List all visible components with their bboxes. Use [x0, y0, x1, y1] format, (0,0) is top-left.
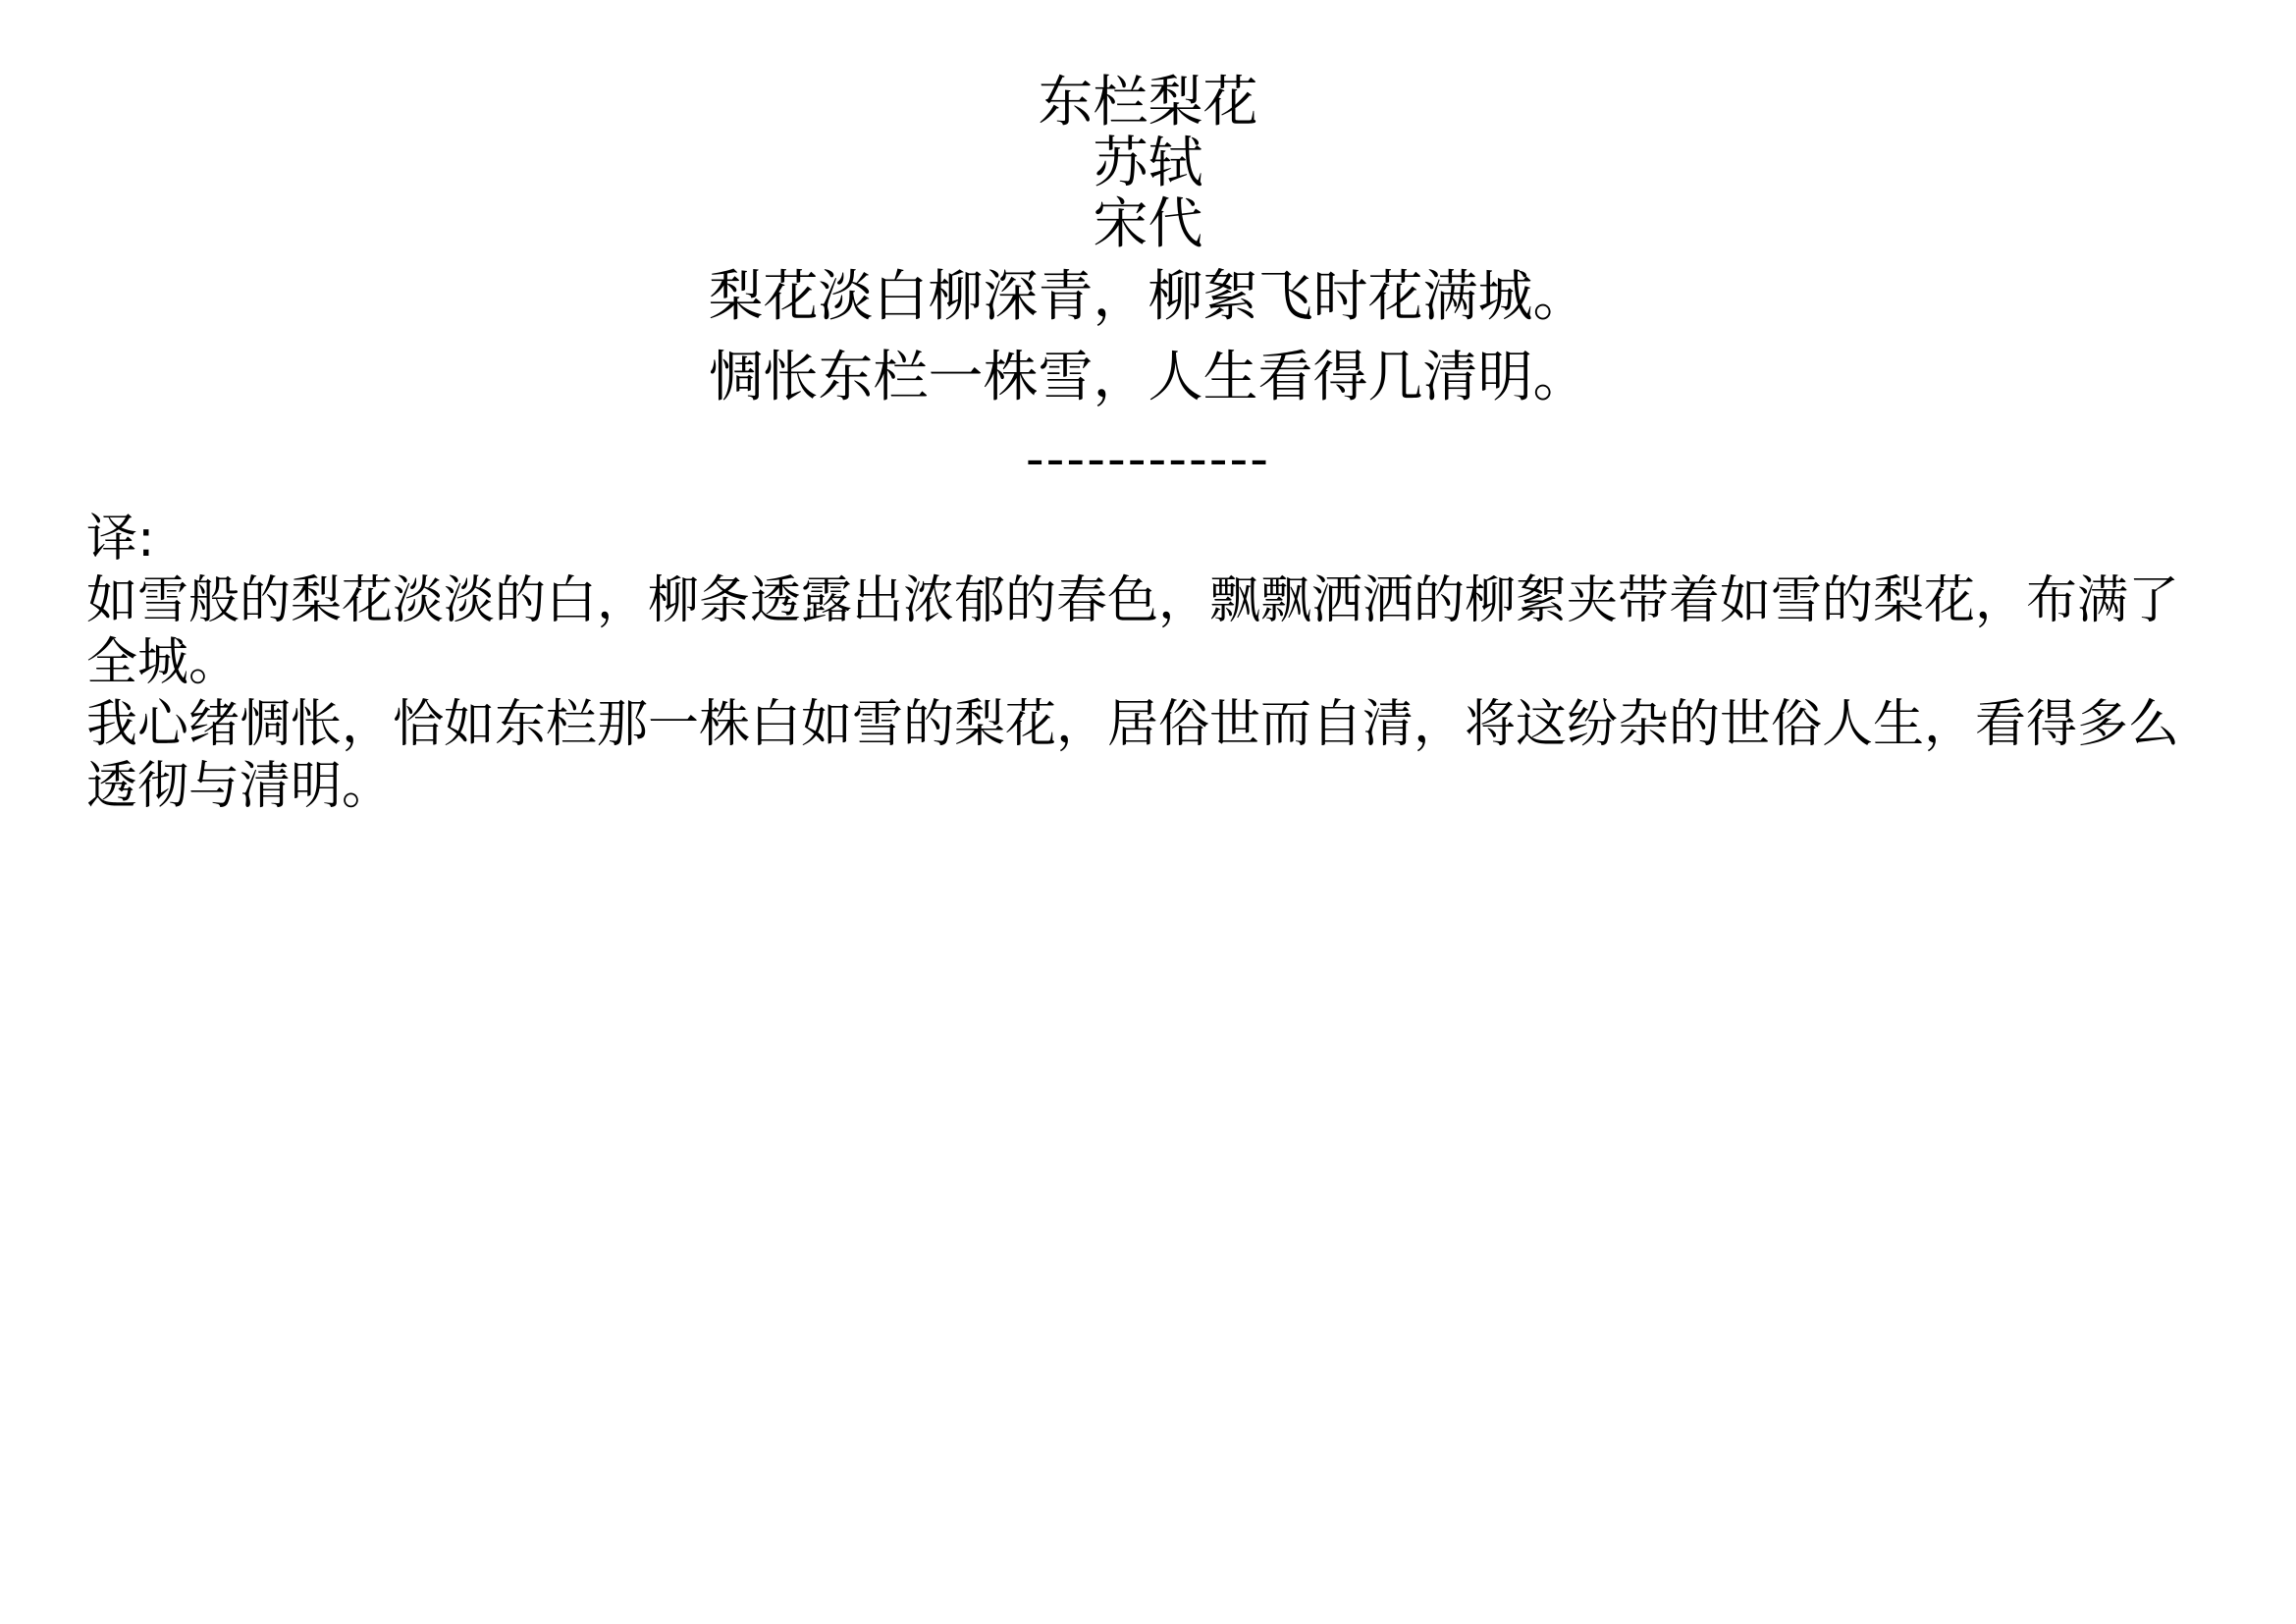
translation-paragraph: 我心绪惆怅，恰如东栏那一株白如雪的梨花，居俗世而自清，将这纷杂的世俗人生，看得多… — [86, 694, 2226, 818]
poem-line: 惆怅东栏一株雪，人生看得几清明。 — [0, 348, 2296, 408]
document-page: 东栏梨花 苏轼 宋代 梨花淡白柳深青，柳絮飞时花满城。 惆怅东栏一株雪，人生看得… — [0, 0, 2296, 1624]
translation-label: 译: — [86, 509, 2226, 570]
poem-author: 苏轼 — [0, 134, 2296, 194]
poem-title: 东栏梨花 — [0, 73, 2296, 134]
translation-paragraph: 如雪般的梨花淡淡的白，柳条透露出浓郁的春色，飘飘洒洒的柳絮夹带着如雪的梨花，布满… — [86, 570, 2226, 694]
poem-line: 梨花淡白柳深青，柳絮飞时花满城。 — [0, 267, 2296, 328]
poem-dynasty: 宋代 — [0, 194, 2296, 255]
translation-section: 译: 如雪般的梨花淡淡的白，柳条透露出浓郁的春色，飘飘洒洒的柳絮夹带着如雪的梨花… — [86, 509, 2226, 818]
section-divider: ------------ — [0, 430, 2296, 489]
